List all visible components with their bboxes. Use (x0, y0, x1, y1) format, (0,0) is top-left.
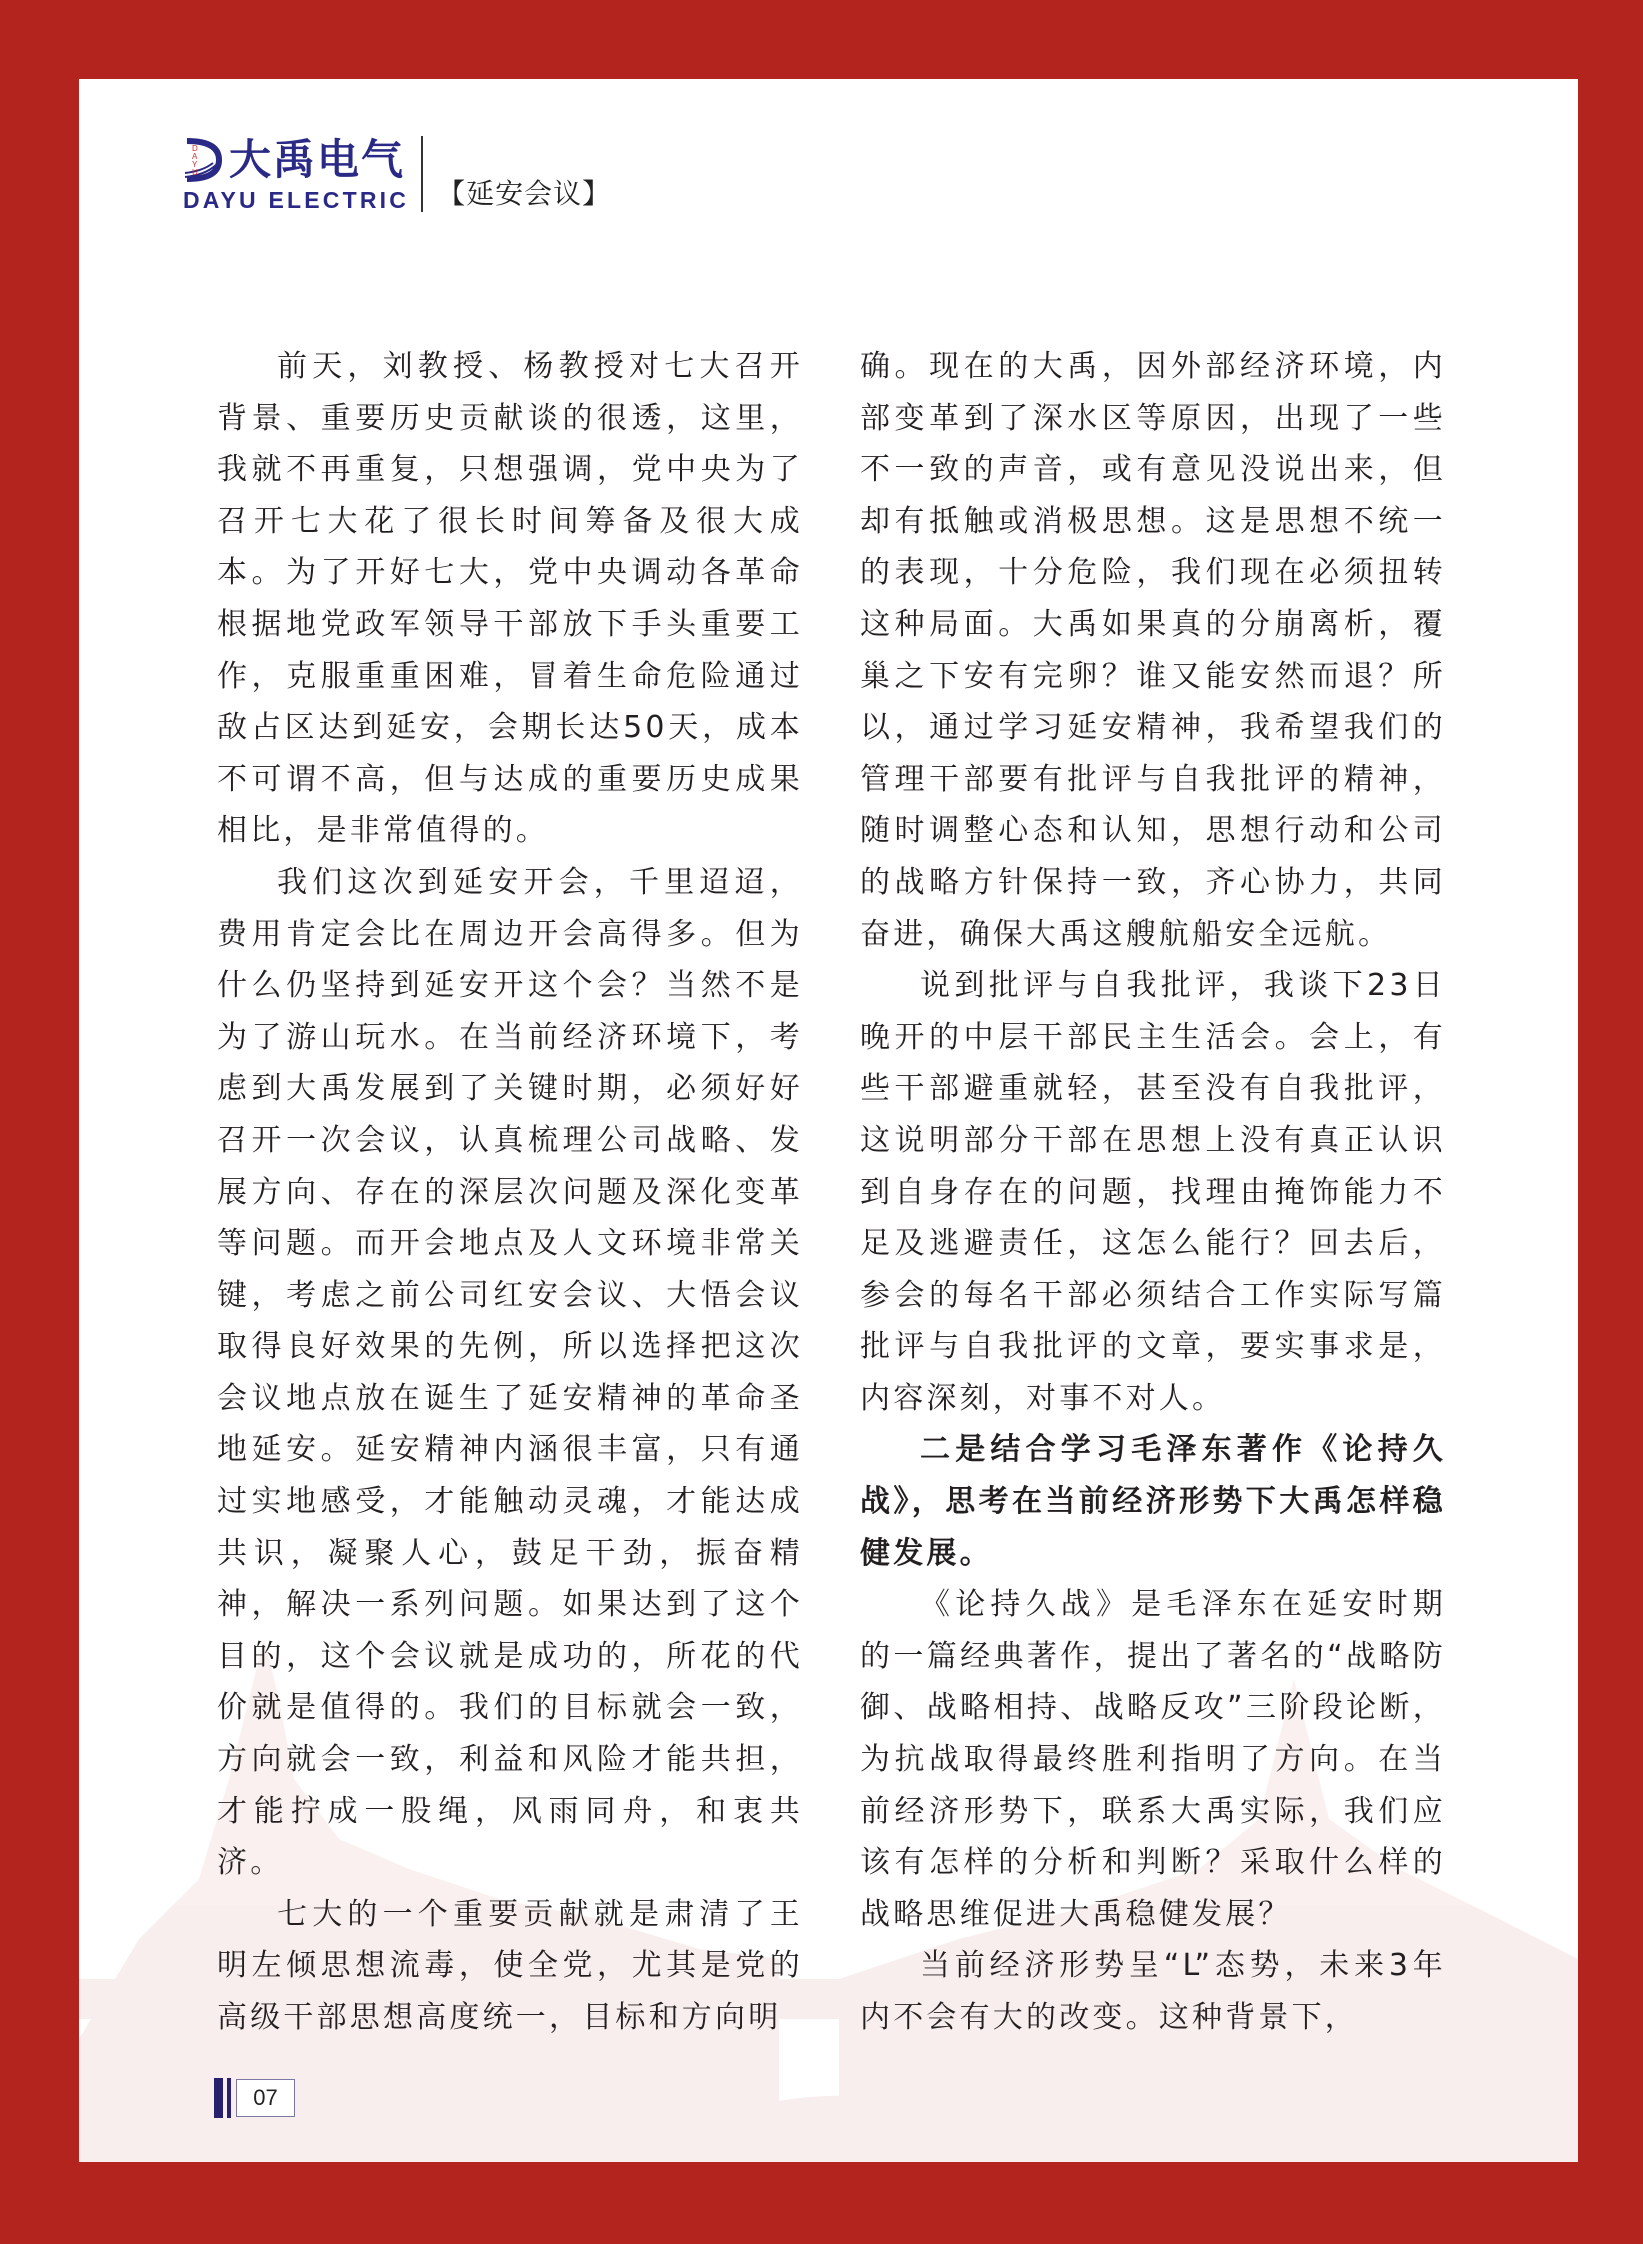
paragraph: 七大的一个重要贡献就是肃清了王明左倾思想流毒，使全党，尤其是党的高级干部思想高度… (217, 1889, 803, 2044)
page-header: D A Y U 大禹电气 DAYU ELECTRIC 【延安会议】 (183, 129, 611, 219)
header-divider (421, 136, 423, 212)
dayu-logo-mark-icon: D A Y U (183, 137, 223, 183)
paragraph: 前天，刘教授、杨教授对七大召开背景、重要历史贡献谈的很透，这里，我就不再重复，只… (217, 341, 803, 857)
paragraph: 说到批评与自我批评，我谈下23日晚开的中层干部民主生活会。会上，有些干部避重就轻… (860, 960, 1446, 1424)
page-marker-bar-icon (214, 2078, 223, 2118)
page-marker-bar-icon (227, 2078, 231, 2118)
article-column-right: 确。现在的大禹，因外部经济环境，内部变革到了深水区等原因，出现了一些不一致的声音… (860, 341, 1446, 2044)
magazine-page: D A Y U 大禹电气 DAYU ELECTRIC 【延安会议】 前天，刘教授… (79, 79, 1578, 2162)
page-number: 07 (236, 2079, 295, 2117)
logo-english-name: DAYU ELECTRIC (183, 187, 409, 213)
paragraph: 我们这次到延安开会，千里迢迢，费用肯定会比在周边开会高得多。但为什么仍坚持到延安… (217, 857, 803, 1889)
paragraph-continued: 确。现在的大禹，因外部经济环境，内部变革到了深水区等原因，出现了一些不一致的声音… (860, 341, 1446, 960)
company-logo: D A Y U 大禹电气 DAYU ELECTRIC (183, 135, 409, 213)
section-heading: 二是结合学习毛泽东著作《论持久战》，思考在当前经济形势下大禹怎样稳健发展。 (860, 1424, 1446, 1579)
page-number-block: 07 (214, 2078, 295, 2118)
section-title: 【延安会议】 (437, 172, 611, 212)
svg-text:U: U (192, 168, 198, 177)
article-column-left: 前天，刘教授、杨教授对七大召开背景、重要历史贡献谈的很透，这里，我就不再重复，只… (217, 341, 803, 2044)
paragraph: 当前经济形势呈“L”态势，未来3年内不会有大的改变。这种背景下， (860, 1940, 1446, 2043)
paragraph: 《论持久战》是毛泽东在延安时期的一篇经典著作，提出了著名的“战略防御、战略相持、… (860, 1579, 1446, 1940)
logo-chinese-name: 大禹电气 (229, 137, 405, 183)
